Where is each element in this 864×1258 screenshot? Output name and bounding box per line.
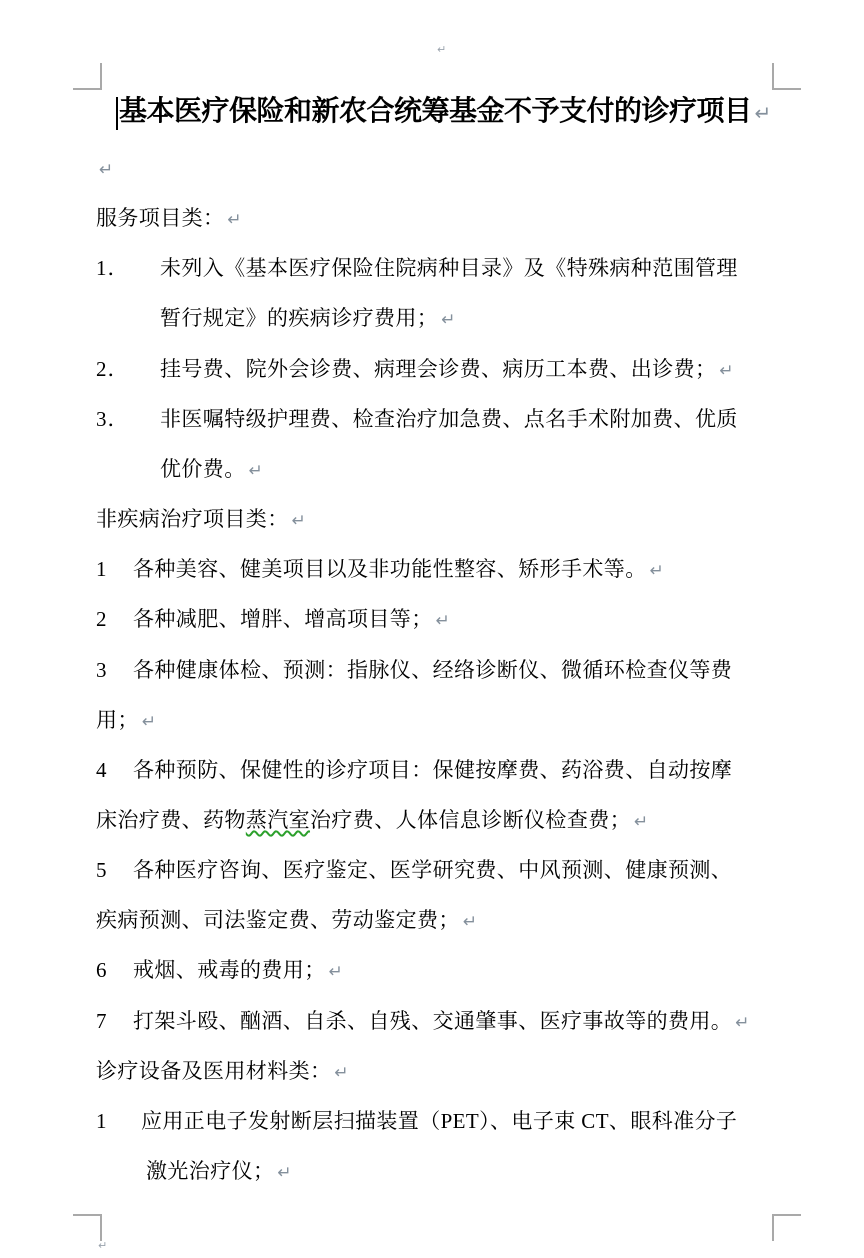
line-text: 各种预防、保健性的诊疗项目：保健按摩费、药浴费、自动按摩 <box>133 757 732 783</box>
text-boundary-corner-bottom-right <box>772 1214 801 1241</box>
text-line[interactable]: ↵ <box>0 155 864 189</box>
line-text-segment: 优价费。 <box>160 457 246 481</box>
line-text: 用；↵ <box>96 707 156 735</box>
line-text-segment: 非医嘱特级护理费、检查治疗加急费、点名手术附加费、优质 <box>160 407 738 431</box>
text-line[interactable]: 疾病预测、司法鉴定费、劳动鉴定费；↵ <box>0 907 864 941</box>
text-line[interactable]: 2． 挂号费、院外会诊费、病理会诊费、病历工本费、出诊费；↵ <box>0 356 864 390</box>
list-number: 3 <box>96 657 108 683</box>
line-text: 非医嘱特级护理费、检查治疗加急费、点名手术附加费、优质 <box>160 406 738 432</box>
line-text-segment: 用； <box>96 708 139 732</box>
paragraph-mark-icon: ↵ <box>719 361 733 381</box>
paragraph-mark-icon: ↵ <box>329 962 343 982</box>
line-text: 激光治疗仪；↵ <box>146 1158 292 1186</box>
list-number: 1 <box>96 1108 108 1134</box>
text-line[interactable]: 诊疗设备及医用材料类：↵ <box>0 1058 864 1092</box>
line-text: 暂行规定》的疾病诊疗费用；↵ <box>160 305 455 333</box>
line-text: 诊疗设备及医用材料类：↵ <box>96 1058 349 1086</box>
paragraph-mark-icon: ↵ <box>334 1063 348 1083</box>
line-text-segment: 服务项目类： <box>96 206 224 230</box>
line-text-segment: 挂号费、院外会诊费、病理会诊费、病历工本费、出诊费； <box>160 357 716 381</box>
line-text: 床治疗费、药物蒸汽室治疗费、人体信息诊断仪检查费；↵ <box>96 807 648 835</box>
text-line[interactable]: 3 各种健康体检、预测：指脉仪、经络诊断仪、微循环检查仪等费 <box>0 657 864 691</box>
text-line[interactable]: 1． 未列入《基本医疗保险住院病种目录》及《特殊病种范围管理 <box>0 255 864 289</box>
line-text: 优价费。↵ <box>160 456 263 484</box>
line-text-segment: 各种美容、健美项目以及非功能性整容、矫形手术等。 <box>133 557 647 581</box>
paragraph-mark-icon: ↵ <box>249 461 263 481</box>
line-text: 未列入《基本医疗保险住院病种目录》及《特殊病种范围管理 <box>160 255 738 281</box>
line-text: 各种减肥、增胖、增高项目等；↵ <box>133 606 450 634</box>
line-text-segment: 各种医疗咨询、医疗鉴定、医学研究费、中风预测、健康预测、 <box>133 858 732 882</box>
paragraph-mark-icon: ↵ <box>441 310 455 330</box>
list-number: 1 <box>96 556 108 582</box>
line-text: 应用正电子发射断层扫描装置（PET）、电子束 CT、眼科准分子 <box>141 1108 737 1134</box>
text-line[interactable]: 优价费。↵ <box>0 456 864 490</box>
line-text: 疾病预测、司法鉴定费、劳动鉴定费；↵ <box>96 907 477 935</box>
text-line[interactable]: 7 打架斗殴、酗酒、自杀、自残、交通肇事、医疗事故等的费用。↵ <box>0 1008 864 1042</box>
paragraph-mark-icon: ↵ <box>99 160 113 180</box>
text-boundary-corner-bottom-left <box>73 1214 102 1241</box>
paragraph-mark-icon: ↵ <box>142 712 156 732</box>
text-line[interactable]: 6 戒烟、戒毒的费用；↵ <box>0 957 864 991</box>
line-text-segment: 床治疗费、药物 <box>96 808 246 832</box>
text-line[interactable]: 4 各种预防、保健性的诊疗项目：保健按摩费、药浴费、自动按摩 <box>0 757 864 791</box>
text-line[interactable]: 3． 非医嘱特级护理费、检查治疗加急费、点名手术附加费、优质 <box>0 406 864 440</box>
paragraph-mark-icon: ↵ <box>227 210 241 230</box>
line-text-segment: 暂行规定》的疾病诊疗费用； <box>160 306 438 330</box>
line-text: 打架斗殴、酗酒、自杀、自残、交通肇事、医疗事故等的费用。↵ <box>133 1008 749 1036</box>
title-text: 基本医疗保险和新农合统筹基金不予支付的诊疗项目 <box>119 96 752 127</box>
line-text-segment: 各种预防、保健性的诊疗项目：保健按摩费、药浴费、自动按摩 <box>133 758 732 782</box>
line-text: 服务项目类：↵ <box>96 205 242 233</box>
line-text: 各种医疗咨询、医疗鉴定、医学研究费、中风预测、健康预测、 <box>133 857 732 883</box>
text-line[interactable]: 用；↵ <box>0 707 864 741</box>
line-text-segment: 疾病预测、司法鉴定费、劳动鉴定费； <box>96 908 460 932</box>
line-text-segment: 激光治疗仪； <box>146 1159 274 1183</box>
spellcheck-squiggle-text: 蒸汽室 <box>246 808 310 832</box>
list-number: 7 <box>96 1008 108 1034</box>
text-line[interactable]: 2 各种减肥、增胖、增高项目等；↵ <box>0 606 864 640</box>
paragraph-mark-icon: ↵ <box>650 561 664 581</box>
text-line[interactable]: 服务项目类：↵ <box>0 205 864 239</box>
paragraph-mark-icon: ↵ <box>436 611 450 631</box>
list-number: 3． <box>96 406 130 432</box>
list-number: 4 <box>96 757 108 783</box>
header-paragraph-mark-icon: ↵ <box>437 44 446 55</box>
text-line[interactable]: 1 各种美容、健美项目以及非功能性整容、矫形手术等。↵ <box>0 556 864 590</box>
list-number: 2． <box>96 356 130 382</box>
paragraph-mark-icon: ↵ <box>634 812 648 832</box>
footer-paragraph-mark-icon: ↵ <box>98 1240 107 1251</box>
paragraph-mark-icon: ↵ <box>463 912 477 932</box>
text-line[interactable]: 暂行规定》的疾病诊疗费用；↵ <box>0 305 864 339</box>
line-text: ↵ <box>96 155 113 183</box>
list-number: 6 <box>96 957 108 983</box>
line-text-segment: 诊疗设备及医用材料类： <box>96 1059 331 1083</box>
list-number: 1． <box>96 255 130 281</box>
text-line[interactable]: 床治疗费、药物蒸汽室治疗费、人体信息诊断仪检查费；↵ <box>0 807 864 841</box>
document-title[interactable]: 基本医疗保险和新农合统筹基金不予支付的诊疗项目↵ <box>119 95 771 130</box>
list-number: 2 <box>96 606 108 632</box>
line-text: 挂号费、院外会诊费、病理会诊费、病历工本费、出诊费；↵ <box>160 356 734 384</box>
text-boundary-corner-top-left <box>73 63 102 90</box>
text-boundary-corner-top-right <box>772 63 801 90</box>
line-text: 各种健康体检、预测：指脉仪、经络诊断仪、微循环检查仪等费 <box>133 657 732 683</box>
line-text-segment: 应用正电子发射断层扫描装置（PET）、电子束 CT、眼科准分子 <box>141 1109 737 1133</box>
paragraph-mark-icon: ↵ <box>277 1163 291 1183</box>
list-number: 5 <box>96 857 108 883</box>
line-text-segment: 非疾病治疗项目类： <box>96 507 289 531</box>
line-text-segment: 戒烟、戒毒的费用； <box>133 958 326 982</box>
line-text-segment: 各种减肥、增胖、增高项目等； <box>133 607 433 631</box>
line-text-segment: 各种健康体检、预测：指脉仪、经络诊断仪、微循环检查仪等费 <box>133 658 732 682</box>
line-text-segment: 打架斗殴、酗酒、自杀、自残、交通肇事、医疗事故等的费用。 <box>133 1009 732 1033</box>
text-line[interactable]: 5 各种医疗咨询、医疗鉴定、医学研究费、中风预测、健康预测、 <box>0 857 864 891</box>
line-text-segment: 治疗费、人体信息诊断仪检查费； <box>310 808 631 832</box>
document-page: ↵ ↵ 基本医疗保险和新农合统筹基金不予支付的诊疗项目↵ ↵ 服务项目类：↵ 1… <box>0 0 864 1258</box>
text-line[interactable]: 1 应用正电子发射断层扫描装置（PET）、电子束 CT、眼科准分子 <box>0 1108 864 1142</box>
line-text: 戒烟、戒毒的费用；↵ <box>133 957 343 985</box>
text-line[interactable]: 非疾病治疗项目类：↵ <box>0 506 864 540</box>
paragraph-mark-icon: ↵ <box>292 511 306 531</box>
line-text: 各种美容、健美项目以及非功能性整容、矫形手术等。↵ <box>133 556 664 584</box>
text-line[interactable]: 激光治疗仪；↵ <box>0 1158 864 1192</box>
paragraph-mark-icon: ↵ <box>755 101 772 125</box>
paragraph-mark-icon: ↵ <box>735 1013 749 1033</box>
line-text: 非疾病治疗项目类：↵ <box>96 506 306 534</box>
text-cursor <box>116 97 118 130</box>
line-text-segment: 未列入《基本医疗保险住院病种目录》及《特殊病种范围管理 <box>160 256 738 280</box>
